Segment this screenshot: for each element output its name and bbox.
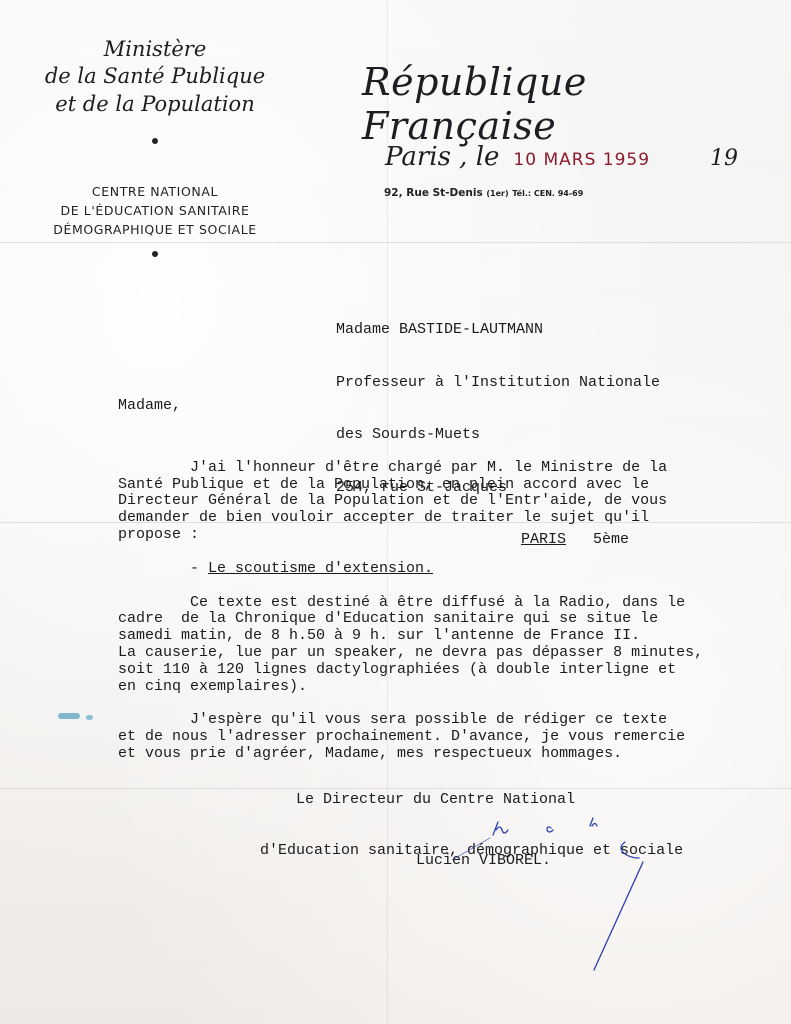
ink-blot [86,715,93,720]
handwritten-signature-icon [0,0,791,1024]
ink-blot [58,713,80,719]
